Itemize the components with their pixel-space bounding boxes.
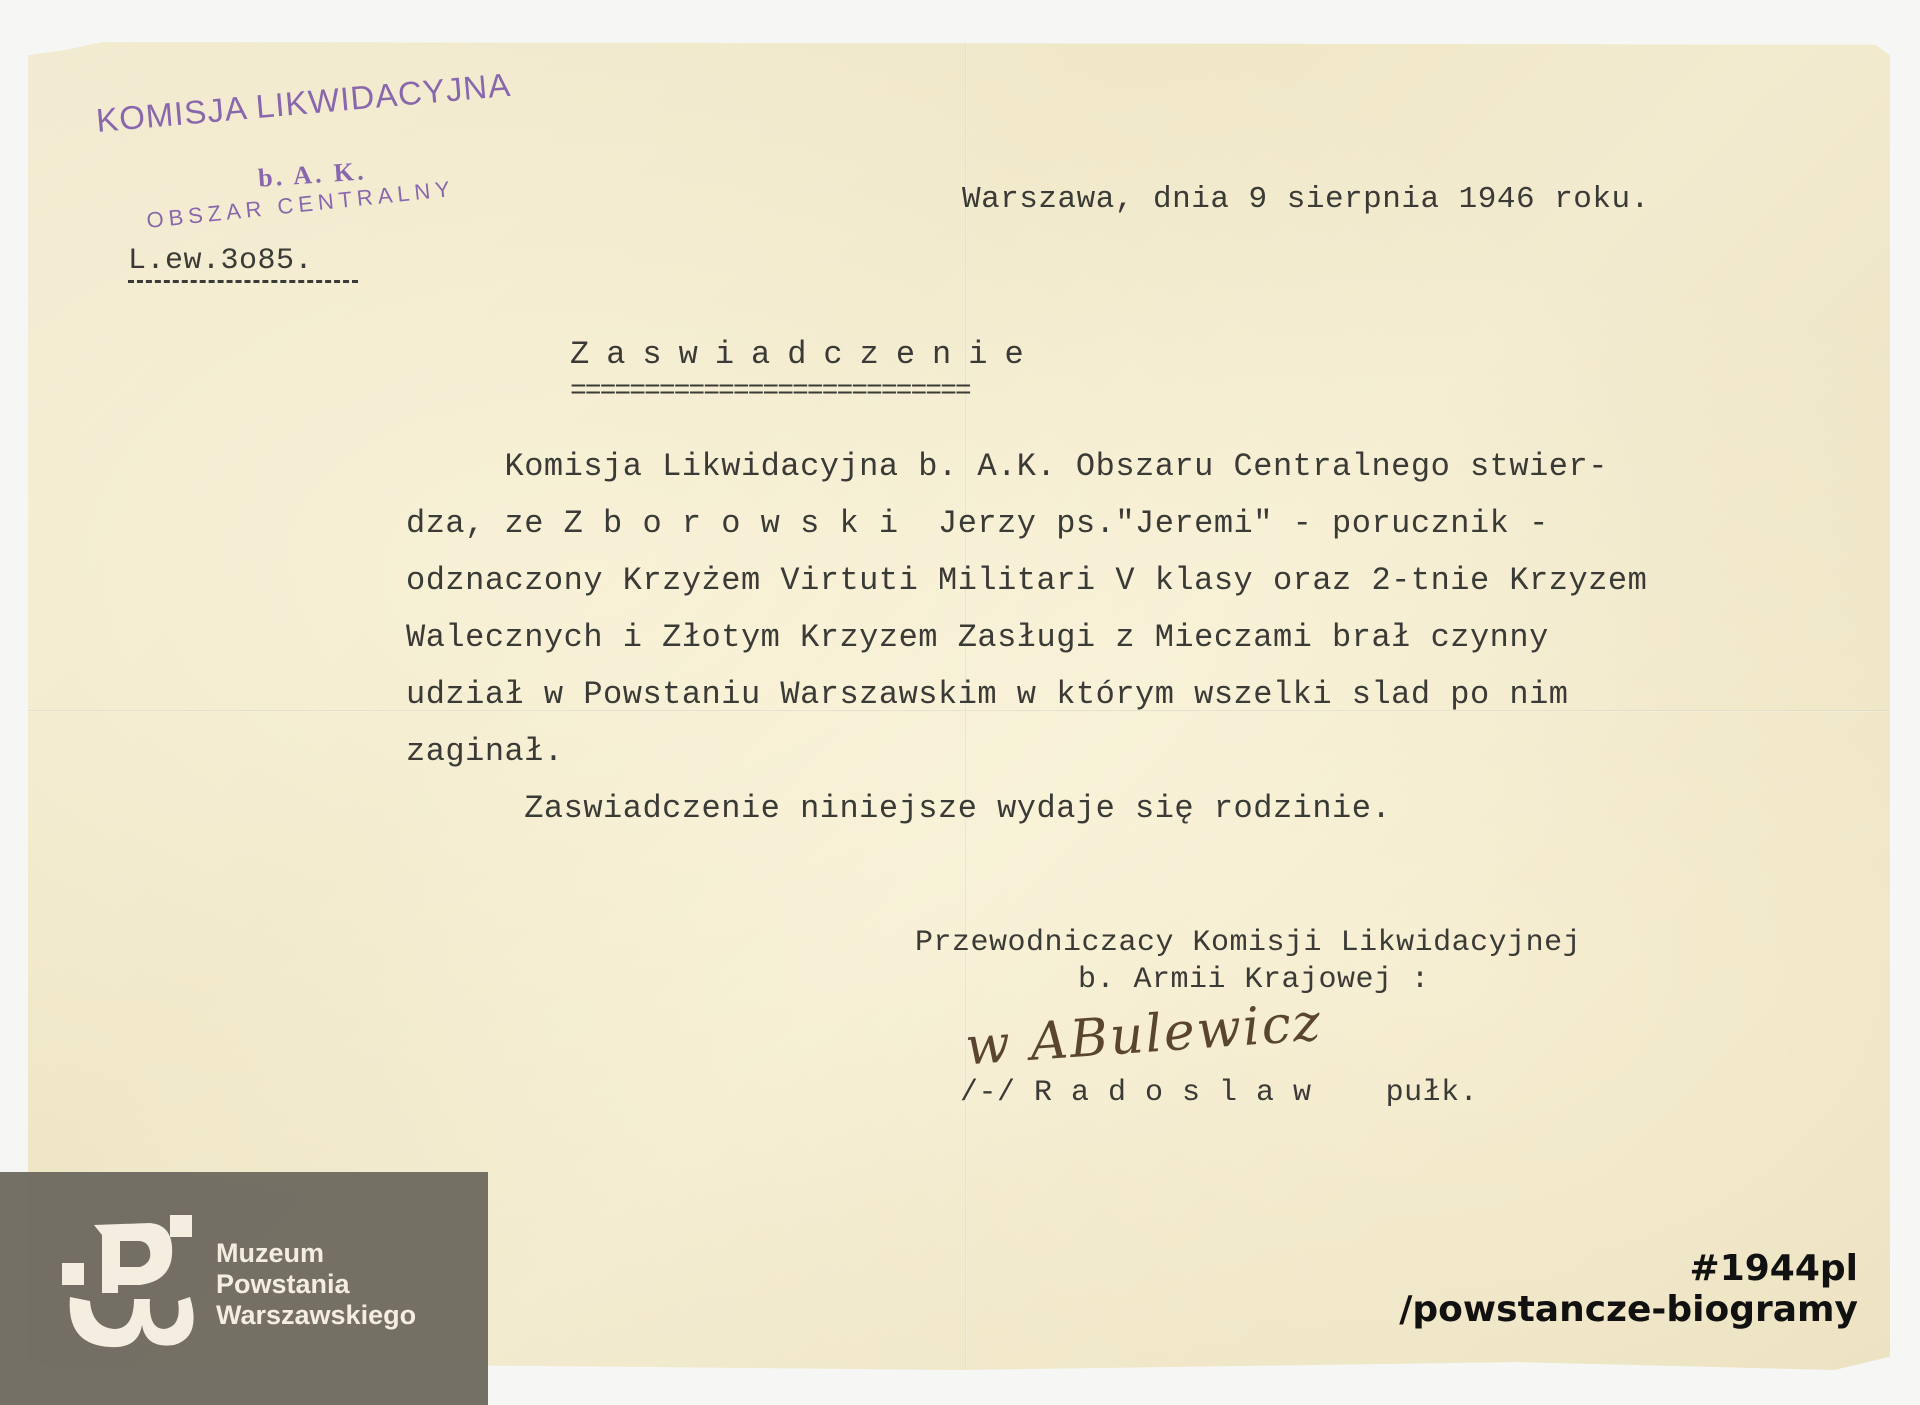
document-title: Zaswiadczenie (570, 336, 1041, 373)
signature-name-line: /-/ R a d o s l a w pułk. (960, 1076, 1478, 1110)
body-line: Walecznych i Złotym Krzyzem Zasługi z Mi… (406, 619, 1549, 656)
museum-name-line-2: Powstania (216, 1269, 416, 1300)
signature-title-line-1: Przewodniczacy Komisji Likwidacyjnej (915, 926, 1581, 960)
reference-number: L.ew.3o85. (128, 244, 313, 278)
museum-name-line-1: Muzeum (216, 1238, 416, 1269)
date-line: Warszawa, dnia 9 sierpnia 1946 roku. (962, 182, 1650, 217)
body-line: udział w Powstaniu Warszawskim w którym … (406, 676, 1568, 713)
reference-underline (128, 280, 358, 283)
signature-title-line-2: b. Armii Krajowej : (1078, 963, 1430, 997)
museum-name: Muzeum Powstania Warszawskiego (216, 1238, 416, 1331)
body-line: dza, ze Z b o r o w s k i Jerzy ps."Jere… (406, 505, 1549, 542)
body-line: Komisja Likwidacyjna b. A.K. Obszaru Cen… (406, 448, 1608, 485)
body-line: Zaswiadczenie niniejsze wydaje się rodzi… (406, 790, 1391, 827)
title-underline: =========================== (570, 376, 970, 407)
museum-name-line-3: Warszawskiego (216, 1300, 416, 1331)
body-line: zaginał. (406, 733, 564, 770)
kotwica-anchor-icon (62, 1215, 197, 1350)
body-line: odznaczony Krzyżem Virtuti Militari V kl… (406, 562, 1647, 599)
biogram-path-label: /powstancze-biogramy (1399, 1289, 1858, 1330)
hashtag-label: #1944pl (1690, 1248, 1858, 1289)
